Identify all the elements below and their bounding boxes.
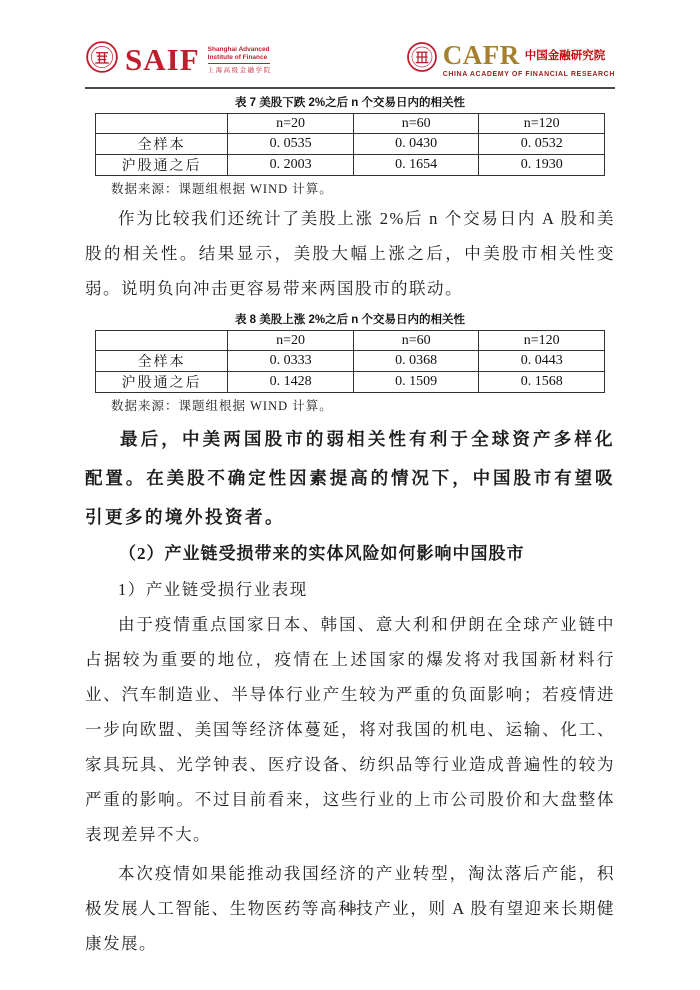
saif-cn-name: 上海高级金融学院 [208, 65, 272, 74]
subsection-heading-1: 1）产业链受损行业表现 [85, 577, 615, 603]
saif-divider [208, 63, 270, 64]
table8-row-label: 沪股通之后 [96, 372, 228, 393]
saif-logo: SAIF Shanghai Advanced Institute of Fina… [85, 40, 272, 79]
page-header: SAIF Shanghai Advanced Institute of Fina… [85, 0, 615, 89]
table7-col-header-n60: n=60 [353, 114, 479, 134]
table8-cell: 0. 0368 [353, 351, 479, 372]
table8-header-row: n=20 n=60 n=120 [96, 331, 605, 351]
table7-title: 表 7 美股下跌 2%之后 n 个交易日内的相关性 [85, 94, 615, 110]
table8-col-header-n60: n=60 [353, 331, 479, 351]
paragraph-industry-chain: 由于疫情重点国家日本、韩国、意大利和伊朗在全球产业链中占据较为重要的地位，疫情在… [85, 607, 615, 852]
cafr-cn-name: 中国金融研究院 [525, 47, 606, 63]
table7-header-row: n=20 n=60 n=120 [96, 114, 605, 134]
table7-cell: 0. 2003 [228, 155, 354, 176]
table8-col-header-n20: n=20 [228, 331, 354, 351]
table8: n=20 n=60 n=120 全样本 0. 0333 0. 0368 0. 0… [95, 330, 605, 393]
saif-wordmark: SAIF [125, 44, 200, 75]
table7-row-label: 沪股通之后 [96, 155, 228, 176]
cafr-en-name: CHINA ACADEMY OF FINANCIAL RESEARCH [443, 71, 615, 78]
table8-cell: 0. 1509 [353, 372, 479, 393]
cafr-logo: CAFR 中国金融研究院 CHINA ACADEMY OF FINANCIAL … [406, 41, 615, 78]
saif-en-line1: Shanghai Advanced [208, 46, 272, 54]
table8-cell: 0. 1568 [479, 372, 605, 393]
table8-cell: 0. 1428 [228, 372, 354, 393]
table8-title: 表 8 美股上涨 2%之后 n 个交易日内的相关性 [85, 311, 615, 327]
table8-row-connect: 沪股通之后 0. 1428 0. 1509 0. 1568 [96, 372, 605, 393]
table7-row-fullsample: 全样本 0. 0535 0. 0430 0. 0532 [96, 134, 605, 155]
table8-row-label: 全样本 [96, 351, 228, 372]
saif-en-line2: Institute of Finance [208, 54, 272, 62]
page-number: 48 [0, 901, 700, 916]
table7-col-header-n120: n=120 [479, 114, 605, 134]
table8-row-fullsample: 全样本 0. 0333 0. 0368 0. 0443 [96, 351, 605, 372]
table8-cell: 0. 0333 [228, 351, 354, 372]
table8-corner-cell [96, 331, 228, 351]
table8-col-header-n120: n=120 [479, 331, 605, 351]
saif-seal-icon [85, 40, 119, 79]
table7-cell: 0. 1930 [479, 155, 605, 176]
table7-row-label: 全样本 [96, 134, 228, 155]
table7-col-header-n20: n=20 [228, 114, 354, 134]
table7-cell: 0. 1654 [353, 155, 479, 176]
table7: n=20 n=60 n=120 全样本 0. 0535 0. 0430 0. 0… [95, 113, 605, 176]
cafr-wordmark: CAFR [443, 42, 520, 69]
paragraph-conclusion-bold: 最后，中美两国股市的弱相关性有利于全球资产多样化配置。在美股不确定性因素提高的情… [85, 420, 615, 537]
table7-cell: 0. 0532 [479, 134, 605, 155]
table7-cell: 0. 0430 [353, 134, 479, 155]
saif-text-block: Shanghai Advanced Institute of Finance 上… [208, 46, 272, 74]
table7-corner-cell [96, 114, 228, 134]
table8-cell: 0. 0443 [479, 351, 605, 372]
table8-source: 数据来源：课题组根据 WIND 计算。 [111, 396, 615, 414]
cafr-text-block: CAFR 中国金融研究院 CHINA ACADEMY OF FINANCIAL … [443, 42, 615, 78]
section-heading-2: （2）产业链受损带来的实体风险如何影响中国股市 [85, 541, 615, 567]
cafr-seal-icon [406, 41, 438, 78]
paragraph-comparison: 作为比较我们还统计了美股上涨 2%后 n 个交易日内 A 股和美股的相关性。结果… [85, 201, 615, 306]
table7-row-connect: 沪股通之后 0. 2003 0. 1654 0. 1930 [96, 155, 605, 176]
table7-source: 数据来源：课题组根据 WIND 计算。 [111, 179, 615, 197]
document-page: SAIF Shanghai Advanced Institute of Fina… [0, 0, 700, 990]
table7-cell: 0. 0535 [228, 134, 354, 155]
